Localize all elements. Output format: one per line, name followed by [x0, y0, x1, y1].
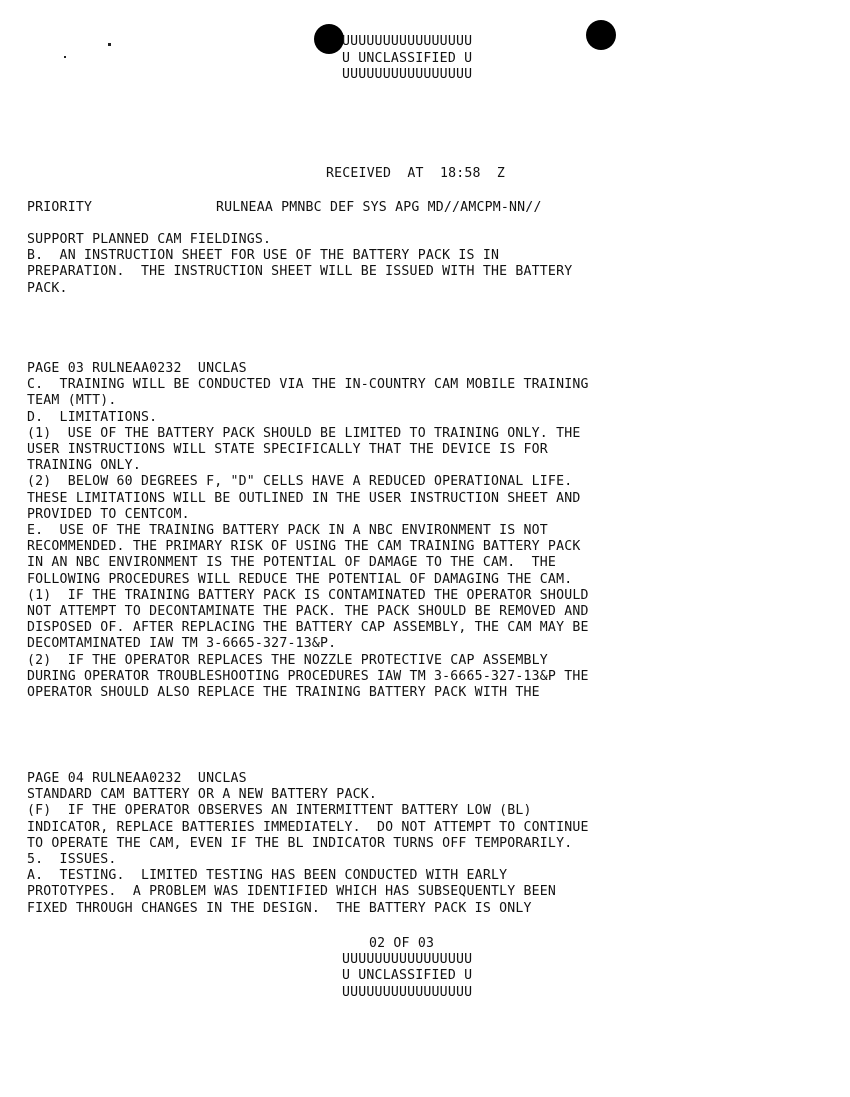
text-line: (2) BELOW 60 DEGREES F, "D" CELLS HAVE A…: [27, 474, 589, 490]
text-line: PROVIDED TO CENTCOM.: [27, 507, 589, 523]
text-line: B. AN INSTRUCTION SHEET FOR USE OF THE B…: [27, 248, 572, 264]
text-line: FOLLOWING PROCEDURES WILL REDUCE THE POT…: [27, 572, 589, 588]
text-line: THESE LIMITATIONS WILL BE OUTLINED IN TH…: [27, 491, 589, 507]
text-line: D. LIMITATIONS.: [27, 410, 589, 426]
banner-bottom-row: UUUUUUUUUUUUUUUU: [342, 67, 472, 83]
page-04-section: PAGE 04 RULNEAA0232 UNCLAS STANDARD CAM …: [27, 771, 589, 917]
text-line: (2) IF THE OPERATOR REPLACES THE NOZZLE …: [27, 653, 589, 669]
scan-speck: [64, 56, 66, 58]
banner-bottom-row: UUUUUUUUUUUUUUUU: [342, 985, 472, 1001]
text-line: USER INSTRUCTIONS WILL STATE SPECIFICALL…: [27, 442, 589, 458]
text-line: OPERATOR SHOULD ALSO REPLACE THE TRAININ…: [27, 685, 589, 701]
text-line: C. TRAINING WILL BE CONDUCTED VIA THE IN…: [27, 377, 589, 393]
text-line: A. TESTING. LIMITED TESTING HAS BEEN CON…: [27, 868, 589, 884]
text-line: 5. ISSUES.: [27, 852, 589, 868]
banner-classification: U UNCLASSIFIED U: [342, 51, 472, 67]
scan-speck: [108, 43, 111, 46]
originator: RULNEAA PMNBC DEF SYS APG MD//AMCPM-NN//: [216, 200, 542, 216]
banner-top-row: UUUUUUUUUUUUUUUU: [342, 34, 472, 50]
page-header: PAGE 03 RULNEAA0232 UNCLAS: [27, 361, 589, 377]
text-line: TRAINING ONLY.: [27, 458, 589, 474]
page-count: 02 OF 03: [369, 936, 434, 952]
text-line: INDICATOR, REPLACE BATTERIES IMMEDIATELY…: [27, 820, 589, 836]
text-line: TEAM (MTT).: [27, 393, 589, 409]
text-line: NOT ATTEMPT TO DECONTAMINATE THE PACK. T…: [27, 604, 589, 620]
text-line: DECOMTAMINATED IAW TM 3-6665-327-13&P.: [27, 636, 589, 652]
banner-classification: U UNCLASSIFIED U: [342, 968, 472, 984]
punch-hole-left: [314, 24, 344, 54]
text-line: TO OPERATE THE CAM, EVEN IF THE BL INDIC…: [27, 836, 589, 852]
text-line: (1) USE OF THE BATTERY PACK SHOULD BE LI…: [27, 426, 589, 442]
text-line: DURING OPERATOR TROUBLESHOOTING PROCEDUR…: [27, 669, 589, 685]
page-header: PAGE 04 RULNEAA0232 UNCLAS: [27, 771, 589, 787]
punch-hole-right: [586, 20, 616, 50]
banner-top-row: UUUUUUUUUUUUUUUU: [342, 952, 472, 968]
section-1: SUPPORT PLANNED CAM FIELDINGS. B. AN INS…: [27, 232, 572, 297]
text-line: (F) IF THE OPERATOR OBSERVES AN INTERMIT…: [27, 803, 589, 819]
text-line: IN AN NBC ENVIRONMENT IS THE POTENTIAL O…: [27, 555, 589, 571]
text-line: E. USE OF THE TRAINING BATTERY PACK IN A…: [27, 523, 589, 539]
received-timestamp: RECEIVED AT 18:58 Z: [326, 166, 505, 182]
text-line: STANDARD CAM BATTERY OR A NEW BATTERY PA…: [27, 787, 589, 803]
text-line: RECOMMENDED. THE PRIMARY RISK OF USING T…: [27, 539, 589, 555]
text-line: DISPOSED OF. AFTER REPLACING THE BATTERY…: [27, 620, 589, 636]
text-line: (1) IF THE TRAINING BATTERY PACK IS CONT…: [27, 588, 589, 604]
precedence: PRIORITY: [27, 200, 92, 216]
text-line: PREPARATION. THE INSTRUCTION SHEET WILL …: [27, 264, 572, 280]
text-line: PACK.: [27, 281, 572, 297]
page-03-section: PAGE 03 RULNEAA0232 UNCLAS C. TRAINING W…: [27, 361, 589, 701]
text-line: PROTOTYPES. A PROBLEM WAS IDENTIFIED WHI…: [27, 884, 589, 900]
text-line: SUPPORT PLANNED CAM FIELDINGS.: [27, 232, 572, 248]
text-line: FIXED THROUGH CHANGES IN THE DESIGN. THE…: [27, 901, 589, 917]
